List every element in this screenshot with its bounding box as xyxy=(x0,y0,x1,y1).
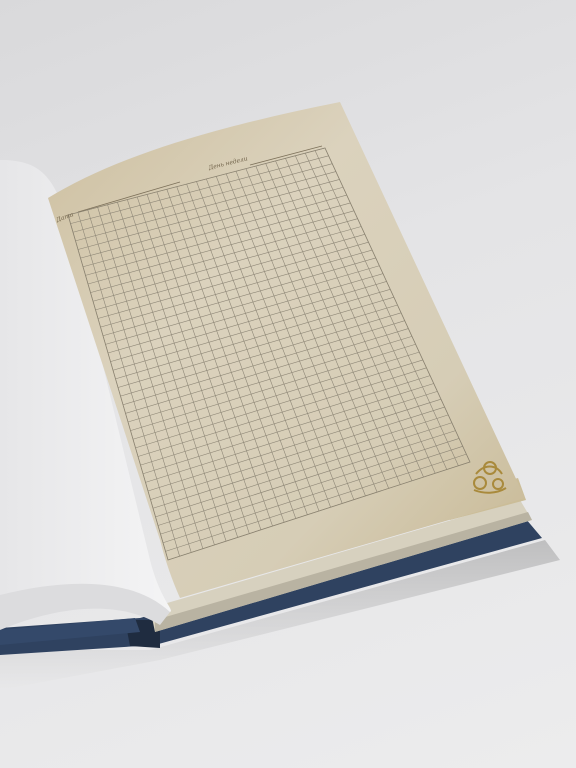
notebook-photo: День недели Дата xyxy=(0,0,576,768)
notebook-illustration xyxy=(0,0,576,768)
